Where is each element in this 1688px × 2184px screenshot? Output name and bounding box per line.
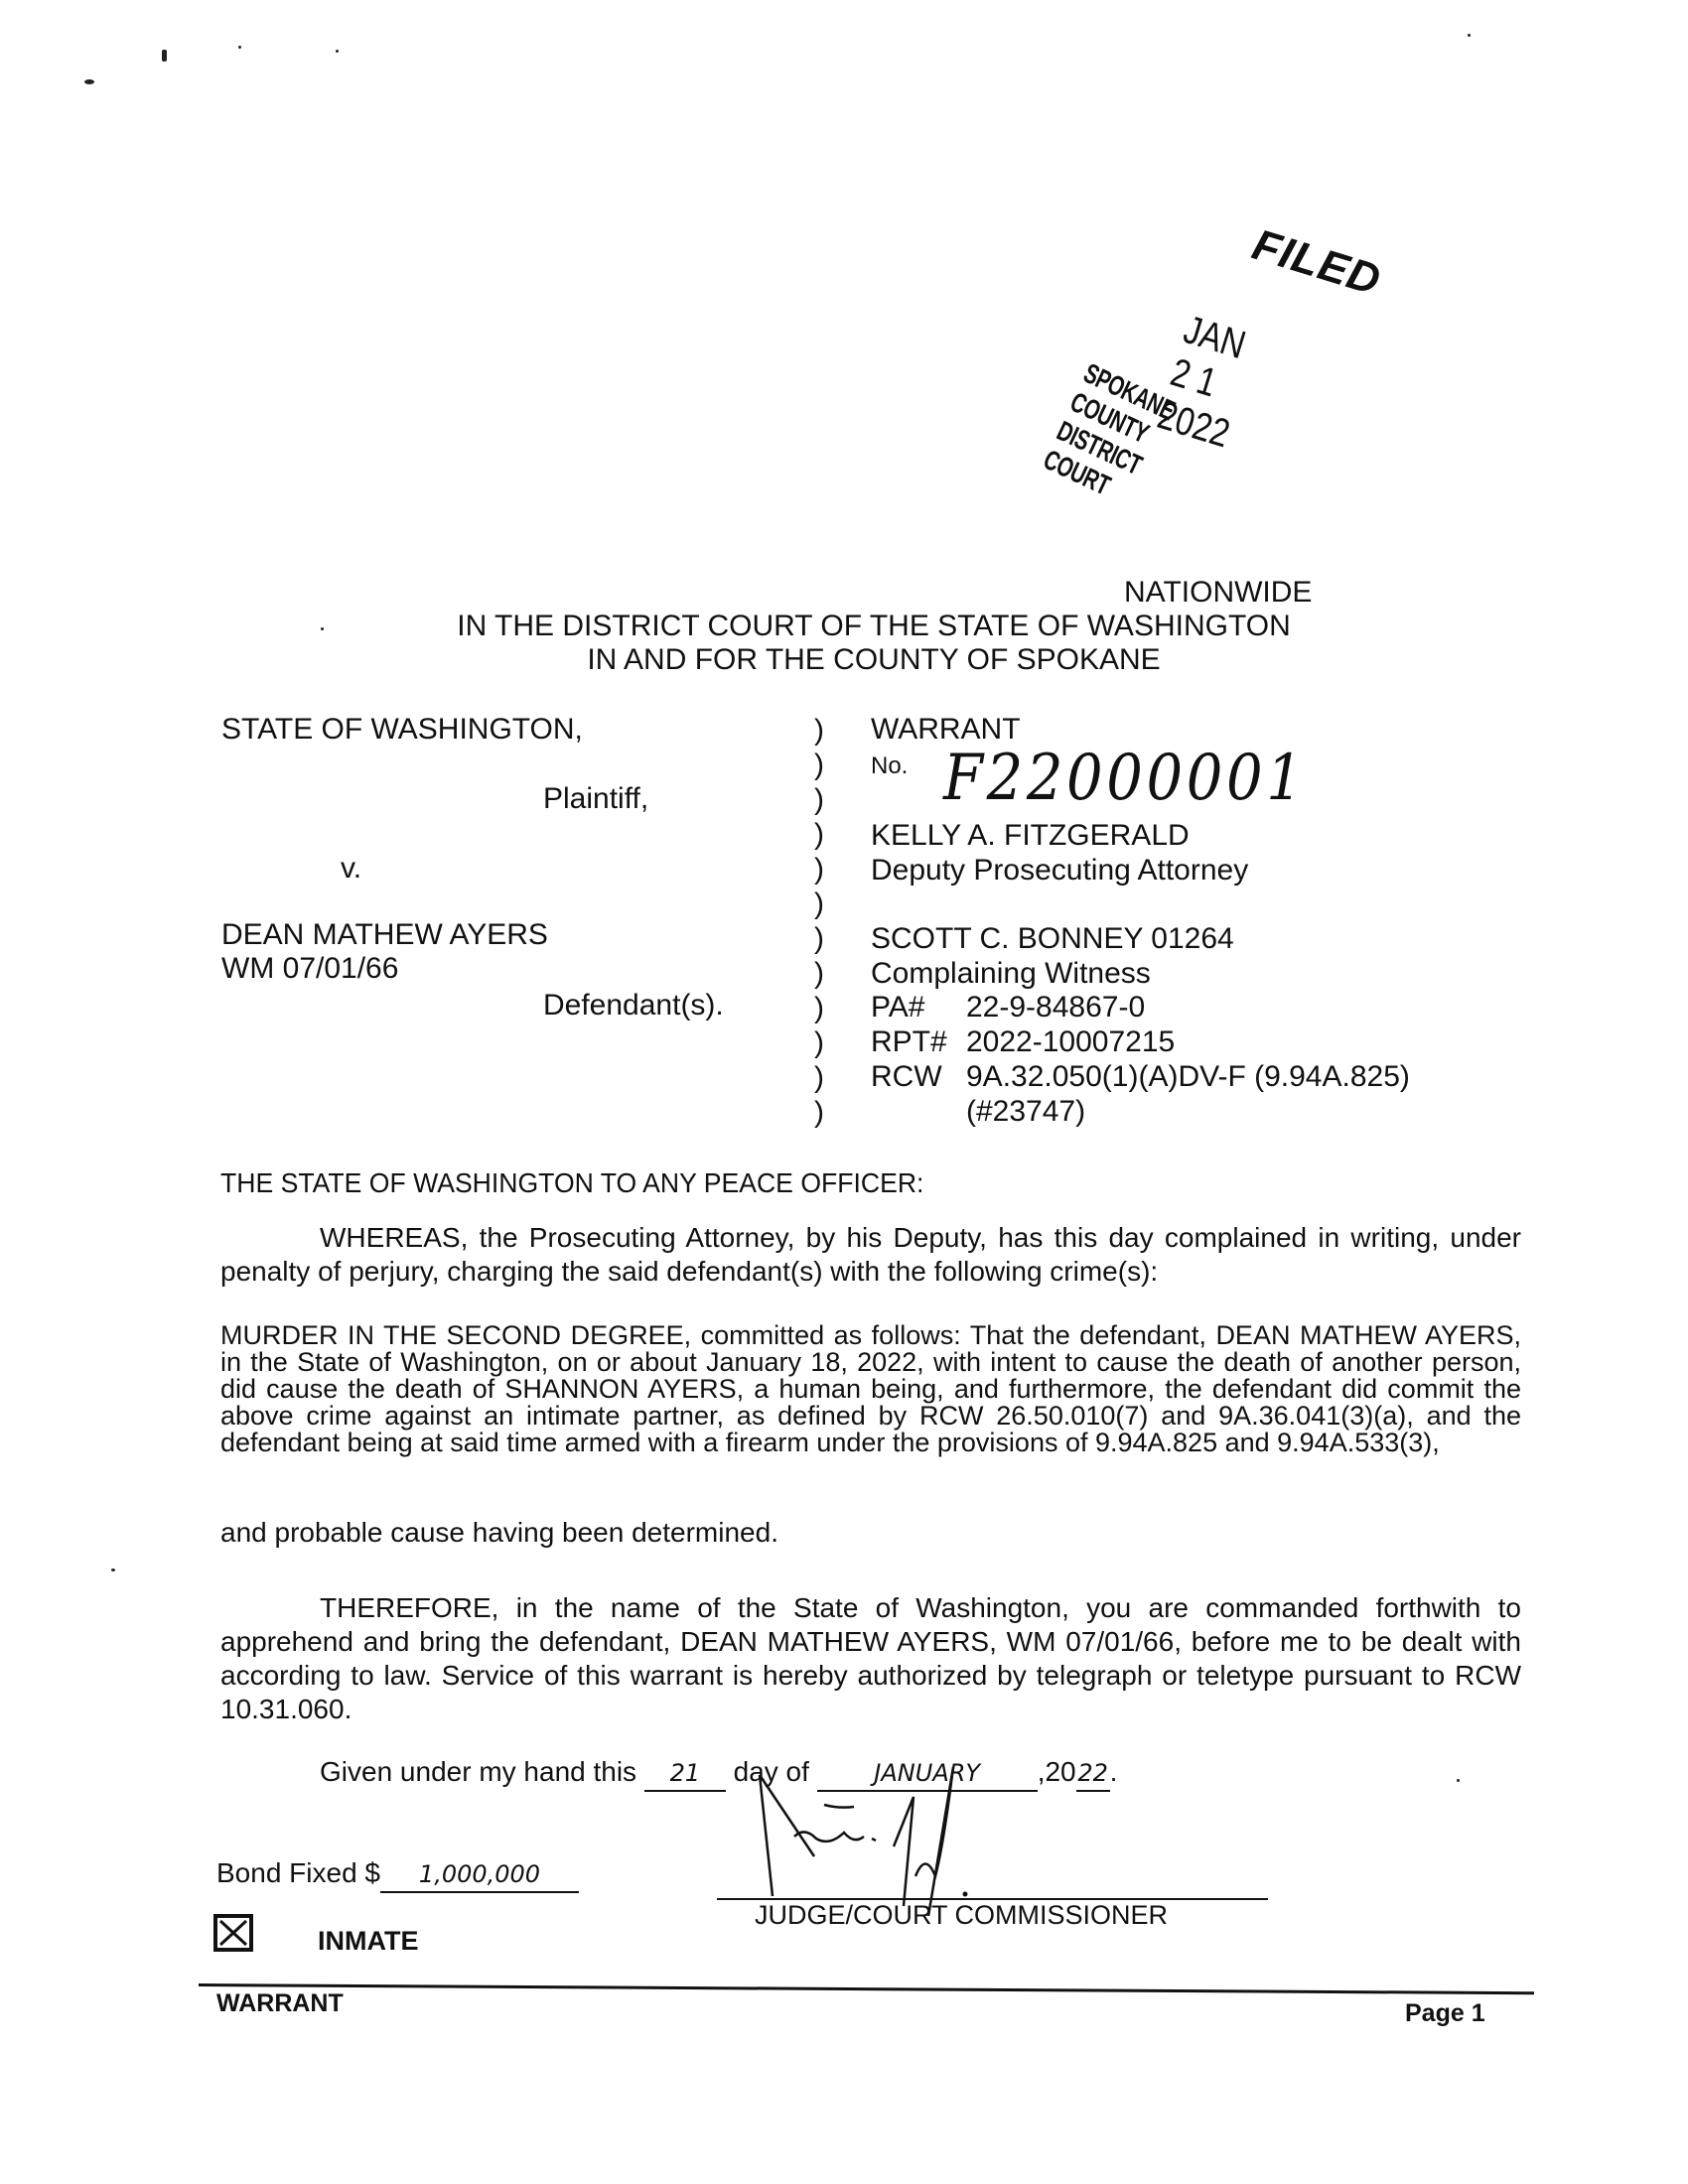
stamp-date: JAN 2 1 2022 — [1153, 308, 1261, 457]
given-end: . — [1110, 1756, 1118, 1787]
whereas-paragraph: WHEREAS, the Prosecuting Attorney, by hi… — [220, 1221, 1521, 1289]
scan-artifact — [336, 50, 339, 53]
given-prefix: Given under my hand this — [320, 1756, 636, 1787]
plaintiff-label: Plaintiff, — [543, 782, 648, 816]
pa-label: PA# — [871, 991, 924, 1024]
inmate-checkbox[interactable] — [213, 1914, 253, 1952]
scan-artifact — [162, 50, 167, 62]
witness-name: SCOTT C. BONNEY 01264 — [871, 922, 1234, 956]
caption-paren: ) — [814, 921, 824, 956]
caption-paren: ) — [814, 1025, 824, 1060]
caption-paren: ) — [814, 1060, 824, 1095]
rcw-ref: (#23747) — [966, 1095, 1085, 1129]
caption-paren: ) — [814, 852, 824, 887]
defendant-name: DEAN MATHEW AYERS — [221, 918, 548, 952]
caption-divider: )))))))))))) — [814, 713, 824, 1130]
inmate-label: INMATE — [318, 1926, 419, 1957]
crime-paragraph: MURDER IN THE SECOND DEGREE, committed a… — [220, 1322, 1521, 1456]
versus: v. — [341, 852, 361, 886]
caption-paren: ) — [814, 713, 824, 748]
scope-label: NATIONWIDE — [1124, 576, 1312, 610]
stamp-court: SPOKANE COUNTY DISTRICT COURT — [1039, 357, 1180, 513]
rpt-label: RPT# — [871, 1025, 947, 1059]
year-value: 22 — [1077, 1759, 1108, 1787]
checkmark-x-icon — [217, 1918, 249, 1948]
bond-amount: 1,000,000 — [419, 1860, 540, 1888]
address-line: THE STATE OF WASHINGTON TO ANY PEACE OFF… — [220, 1166, 923, 1200]
signature-title: JUDGE/COURT COMMISSIONER — [755, 1900, 1168, 1931]
caption-paren: ) — [814, 748, 824, 782]
caption-paren: ) — [814, 887, 824, 921]
witness-title: Complaining Witness — [871, 957, 1151, 991]
year-field: 22 — [1076, 1755, 1110, 1792]
warrant-no-label: No. — [871, 752, 908, 780]
warrant-number: F22000001 — [943, 747, 1307, 810]
stamp-filed-label: FILED — [1247, 220, 1387, 306]
caption-paren: ) — [814, 782, 824, 817]
prosecutor-name: KELLY A. FITZGERALD — [871, 819, 1190, 853]
pa-number: 22-9-84867-0 — [966, 991, 1145, 1024]
court-title-line1: IN THE DISTRICT COURT OF THE STATE OF WA… — [30, 610, 1688, 643]
caption-paren: ) — [814, 1095, 824, 1130]
bond-amount-field: 1,000,000 — [380, 1856, 579, 1893]
scan-artifact — [84, 79, 94, 84]
rcw-code: 9A.32.050(1)(A)DV-F (9.94A.825) — [966, 1060, 1410, 1094]
day-value: 21 — [670, 1759, 701, 1787]
caption-paren: ) — [814, 991, 824, 1025]
plaintiff-name: STATE OF WASHINGTON, — [221, 713, 583, 747]
rcw-label: RCW — [871, 1060, 942, 1094]
bond-line: Bond Fixed $1,000,000 — [216, 1856, 579, 1893]
scan-artifact — [1457, 1779, 1460, 1782]
day-field: 21 — [644, 1755, 726, 1792]
scan-artifact — [1468, 34, 1471, 37]
therefore-paragraph: THEREFORE, in the name of the State of W… — [220, 1591, 1521, 1726]
prosecutor-title: Deputy Prosecuting Attorney — [871, 854, 1248, 887]
footer-doc-type: WARRANT — [216, 1989, 344, 2018]
page-number: Page 1 — [1405, 1999, 1485, 2028]
footer-rule — [199, 1983, 1534, 1994]
judge-signature — [755, 1767, 1053, 1916]
whereas-text: WHEREAS, the Prosecuting Attorney, by hi… — [220, 1222, 1521, 1287]
scan-artifact — [238, 46, 241, 49]
rpt-number: 2022-10007215 — [966, 1025, 1175, 1059]
court-title-line2: IN AND FOR THE COUNTY OF SPOKANE — [30, 643, 1688, 677]
probable-cause-line: and probable cause having been determine… — [220, 1516, 778, 1550]
therefore-text: THEREFORE, in the name of the State of W… — [220, 1592, 1521, 1724]
scan-artifact — [111, 1569, 115, 1571]
defendant-label: Defendant(s). — [543, 989, 724, 1023]
defendant-info: WM 07/01/66 — [221, 952, 398, 986]
bond-label: Bond Fixed $ — [216, 1857, 380, 1888]
caption-paren: ) — [814, 817, 824, 852]
caption-paren: ) — [814, 956, 824, 991]
